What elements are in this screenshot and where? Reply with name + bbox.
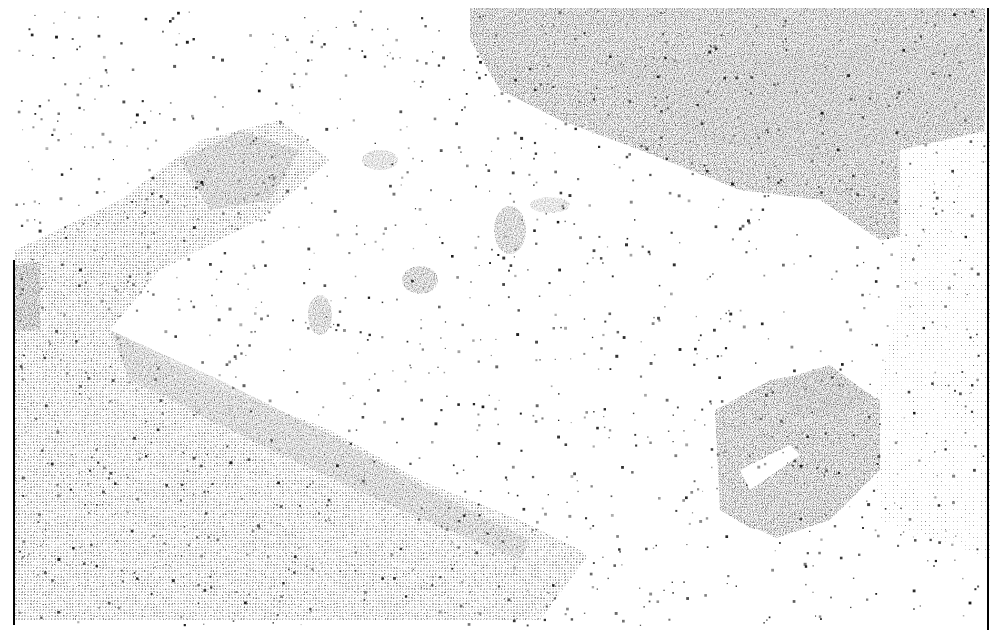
halftone-photograph <box>0 0 1000 638</box>
